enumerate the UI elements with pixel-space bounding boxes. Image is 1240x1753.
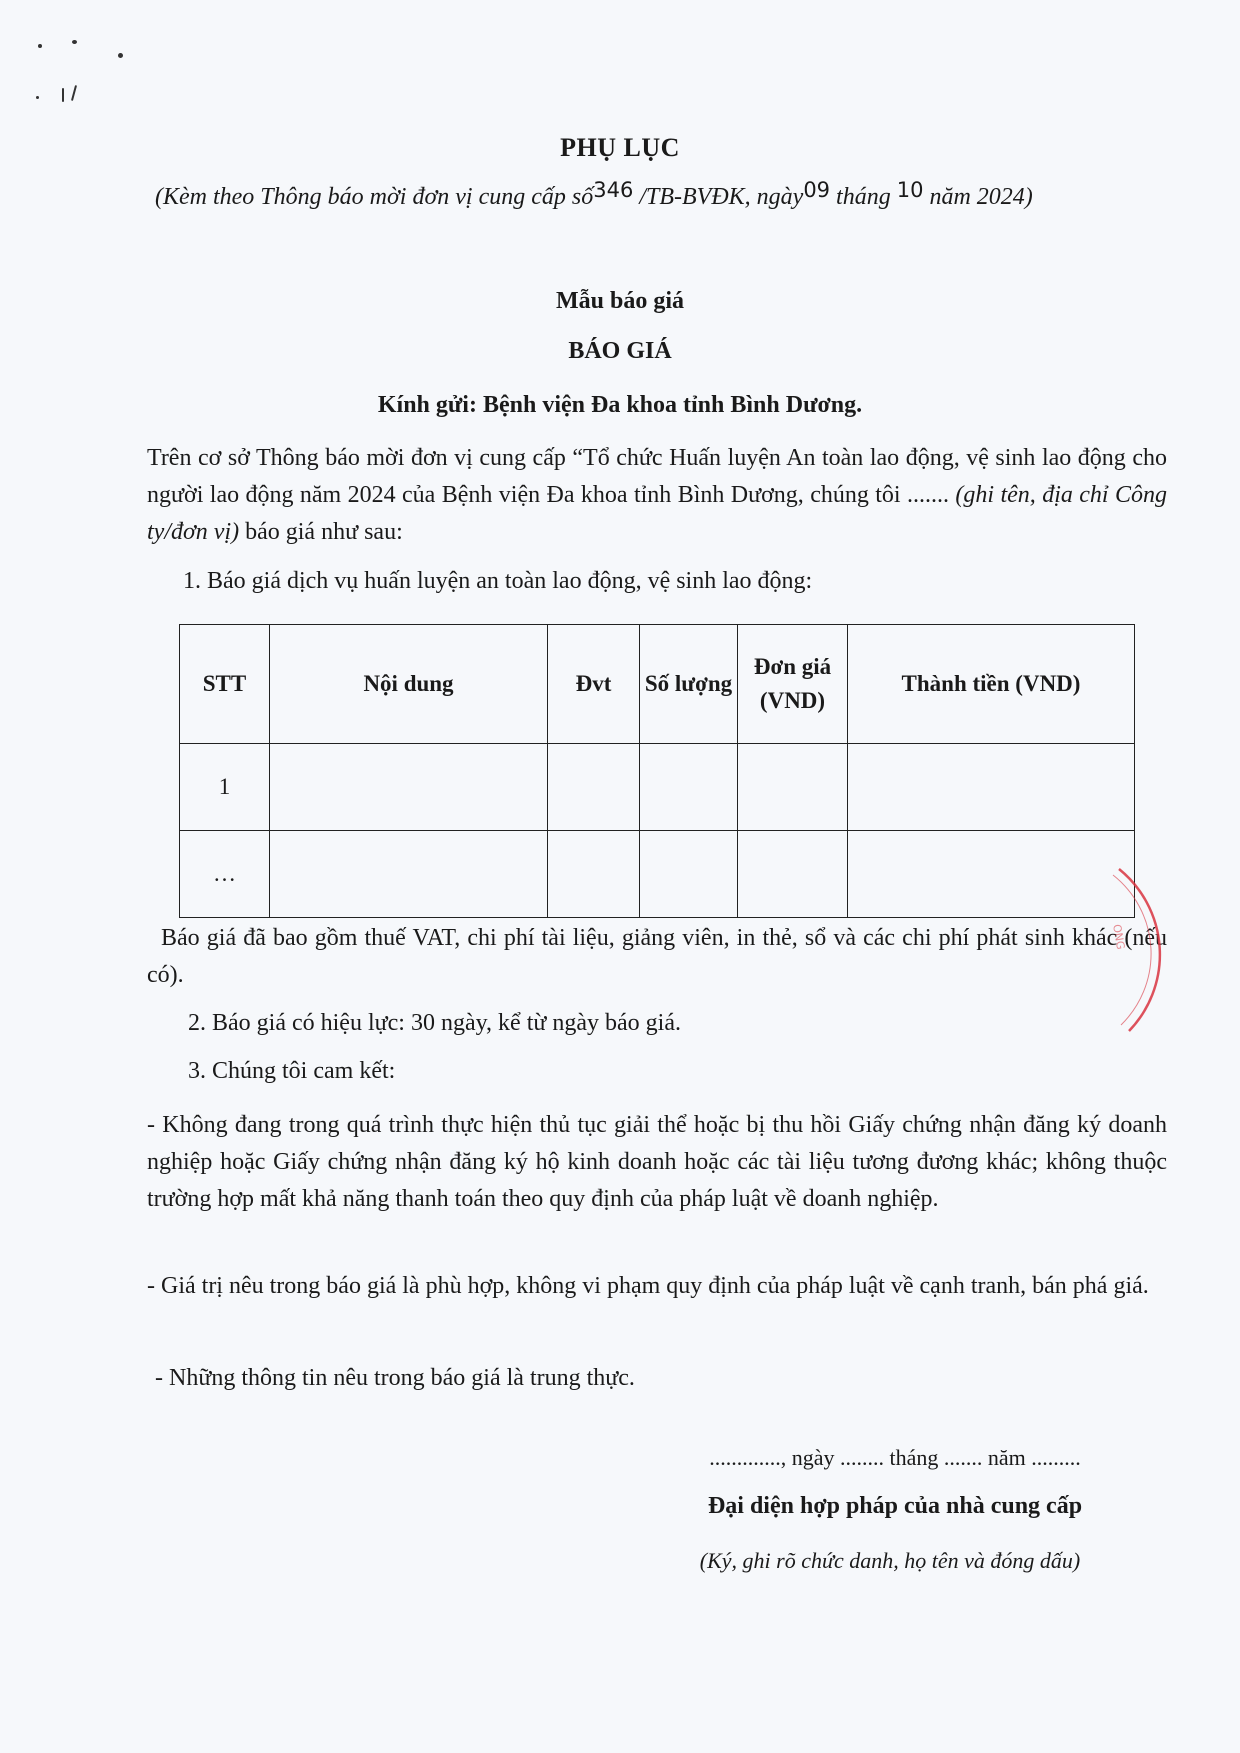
cell-so-luong — [640, 831, 738, 918]
table-row: … — [180, 831, 1135, 918]
cell-don-gia — [738, 831, 848, 918]
cell-don-gia — [738, 744, 848, 831]
commitment-2: - Giá trị nêu trong báo giá là phù hợp, … — [147, 1268, 1167, 1305]
signature-date-line: ............., ngày ........ tháng .....… — [660, 1445, 1130, 1471]
subtitle: (Kèm theo Thông báo mời đơn vị cung cấp … — [155, 184, 1165, 211]
cell-stt: 1 — [180, 744, 270, 831]
vat-note: Báo giá đã bao gồm thuế VAT, chi phí tài… — [147, 920, 1167, 994]
subtitle-mid: /TB-BVĐK, ngày — [633, 184, 803, 210]
recipient: Kính gửi: Bệnh viện Đa khoa tỉnh Bình Dư… — [0, 392, 1240, 419]
page-title: PHỤ LỤC — [0, 133, 1240, 163]
cell-stt: … — [180, 831, 270, 918]
document-page: PHỤ LỤC (Kèm theo Thông báo mời đơn vị c… — [0, 0, 1240, 1753]
subtitle-prefix: (Kèm theo Thông báo mời đơn vị cung cấp … — [155, 184, 593, 210]
section-3: 3. Chúng tôi cam kết: — [188, 1058, 395, 1085]
cell-dvt — [548, 831, 640, 918]
signature-title: Đại diện hợp pháp của nhà cung cấp — [660, 1493, 1130, 1520]
signature-note: (Ký, ghi rõ chức danh, họ tên và đóng dấ… — [640, 1548, 1140, 1574]
cell-dvt — [548, 744, 640, 831]
subtitle-suffix: năm 2024) — [923, 184, 1032, 210]
handwritten-number: 346 — [593, 178, 633, 202]
intro-paragraph: Trên cơ sở Thông báo mời đơn vị cung cấp… — [147, 440, 1167, 551]
commitment-1: - Không đang trong quá trình thực hiện t… — [147, 1107, 1167, 1218]
cell-noi-dung — [270, 831, 548, 918]
col-dvt: Đvt — [548, 625, 640, 744]
col-thanh-tien: Thành tiền (VND) — [848, 625, 1135, 744]
col-so-luong: Số lượng — [640, 625, 738, 744]
handwritten-month: 10 — [897, 178, 924, 202]
cell-thanh-tien — [848, 744, 1135, 831]
commitment-3: - Những thông tin nêu trong báo giá là t… — [155, 1360, 1175, 1397]
col-stt: STT — [180, 625, 270, 744]
heading: BÁO GIÁ — [0, 338, 1240, 365]
handwritten-day: 09 — [803, 178, 830, 202]
svg-text:ONG: ONG — [1110, 923, 1127, 950]
cell-so-luong — [640, 744, 738, 831]
subtitle-month-label: tháng — [830, 184, 897, 210]
intro-tail: báo giá như sau: — [239, 519, 403, 545]
col-noi-dung: Nội dung — [270, 625, 548, 744]
cell-noi-dung — [270, 744, 548, 831]
table-row: 1 — [180, 744, 1135, 831]
section-1: 1. Báo giá dịch vụ huấn luyện an toàn la… — [183, 568, 812, 595]
quote-table: STT Nội dung Đvt Số lượng Đơn giá (VND) … — [179, 624, 1135, 918]
red-stamp-icon: ONG — [1045, 865, 1165, 1035]
vat-note-text: Báo giá đã bao gồm thuế VAT, chi phí tài… — [147, 925, 1167, 988]
section-2: 2. Báo giá có hiệu lực: 30 ngày, kể từ n… — [188, 1010, 681, 1037]
col-don-gia: Đơn giá (VND) — [738, 625, 848, 744]
form-label: Mẫu báo giá — [0, 288, 1240, 315]
table-header-row: STT Nội dung Đvt Số lượng Đơn giá (VND) … — [180, 625, 1135, 744]
